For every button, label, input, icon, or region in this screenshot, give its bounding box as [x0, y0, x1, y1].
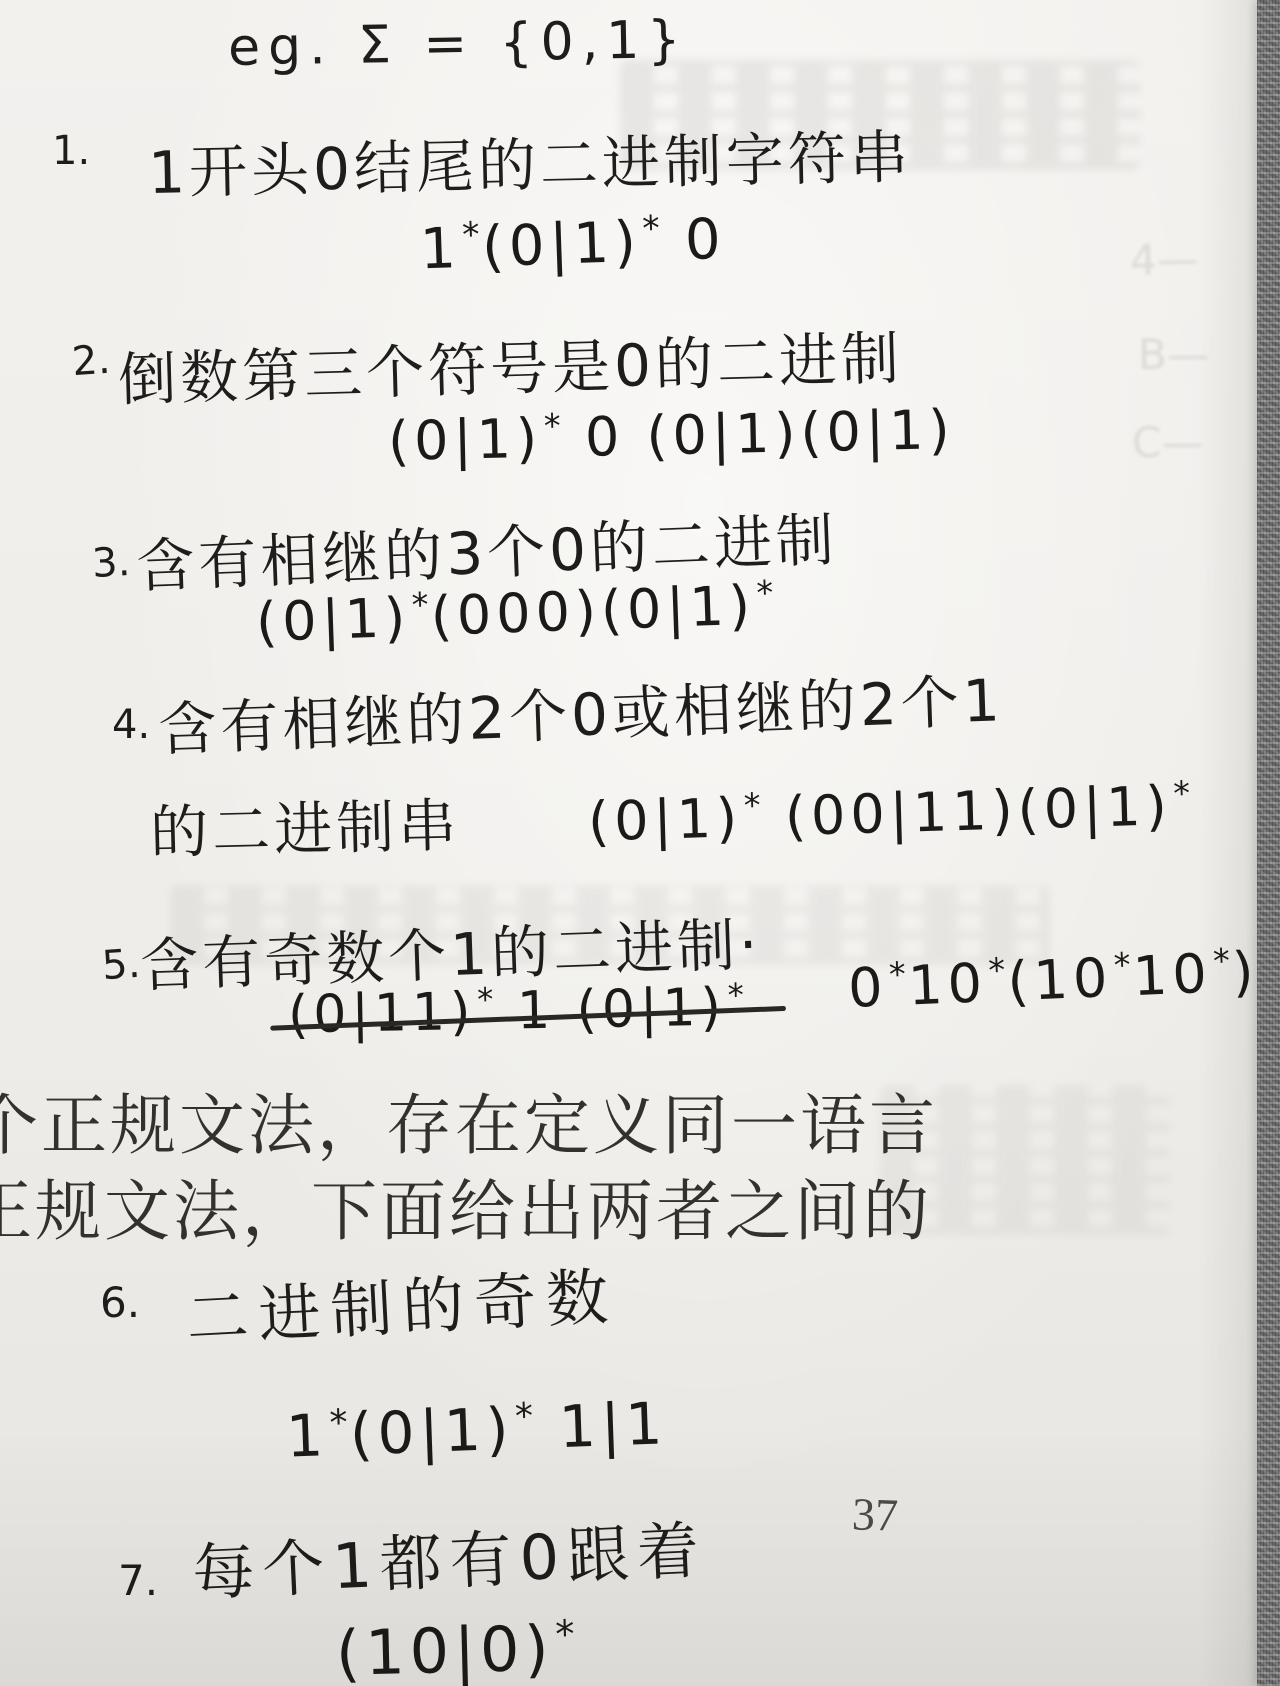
- printed-text-line-1: 个正规文法，存在定义同一语言: [0, 1072, 938, 1167]
- item-2-number: 2.: [70, 337, 111, 386]
- item-6-regex: 1*(0|1)* 1|1: [285, 1389, 668, 1470]
- item-7-number: 7.: [118, 1556, 158, 1605]
- item-1-text: 1开头0结尾的二进制字符串: [147, 110, 912, 210]
- photo-edge-strip: [1257, 0, 1280, 1686]
- item-2-regex: (0|1)* 0 (0|1)(0|1): [387, 398, 955, 473]
- item-7-regex: (10|0)*: [335, 1611, 578, 1686]
- item-4-number: 4.: [112, 702, 150, 748]
- item-7-text: 每个1都有0跟着: [190, 1500, 708, 1612]
- bleedthrough-mark-c: C—: [1132, 418, 1203, 467]
- item-5-regex-final: 0*10*(10*10*)*: [847, 939, 1280, 1020]
- item-4-text-line2: 的二进制串: [149, 778, 461, 870]
- paper-shadow-right: [1197, 0, 1257, 1686]
- item-5-number: 5.: [100, 941, 141, 990]
- item-5-regex-crossed-text: (0|11)* 1 (0|1)*: [287, 976, 746, 1045]
- example-heading: eg. Σ = {0,1}: [228, 10, 689, 78]
- printed-text-line-2: 正规文法，下面给出两者之间的: [0, 1158, 932, 1253]
- item-4-regex: (0|1)* (00|11)(0|1)*: [587, 774, 1193, 854]
- item-1-regex: 1*(0|1)* 0: [419, 207, 727, 283]
- bleedthrough-mark-b: B—: [1138, 330, 1209, 379]
- bleedthrough-mark-a: 4—: [1130, 234, 1200, 284]
- item-4-text-line1: 含有相继的2个0或相继的2个1: [157, 653, 1005, 766]
- item-3-number: 3.: [91, 539, 132, 587]
- item-5-regex-crossed: (0|11)* 1 (0|1)*: [287, 976, 746, 1045]
- item-1-number: 1.: [52, 128, 90, 174]
- item-6-number: 6.: [100, 1278, 140, 1327]
- page-number: 37: [851, 1487, 899, 1542]
- item-6-text: 二进制的奇数: [184, 1247, 620, 1358]
